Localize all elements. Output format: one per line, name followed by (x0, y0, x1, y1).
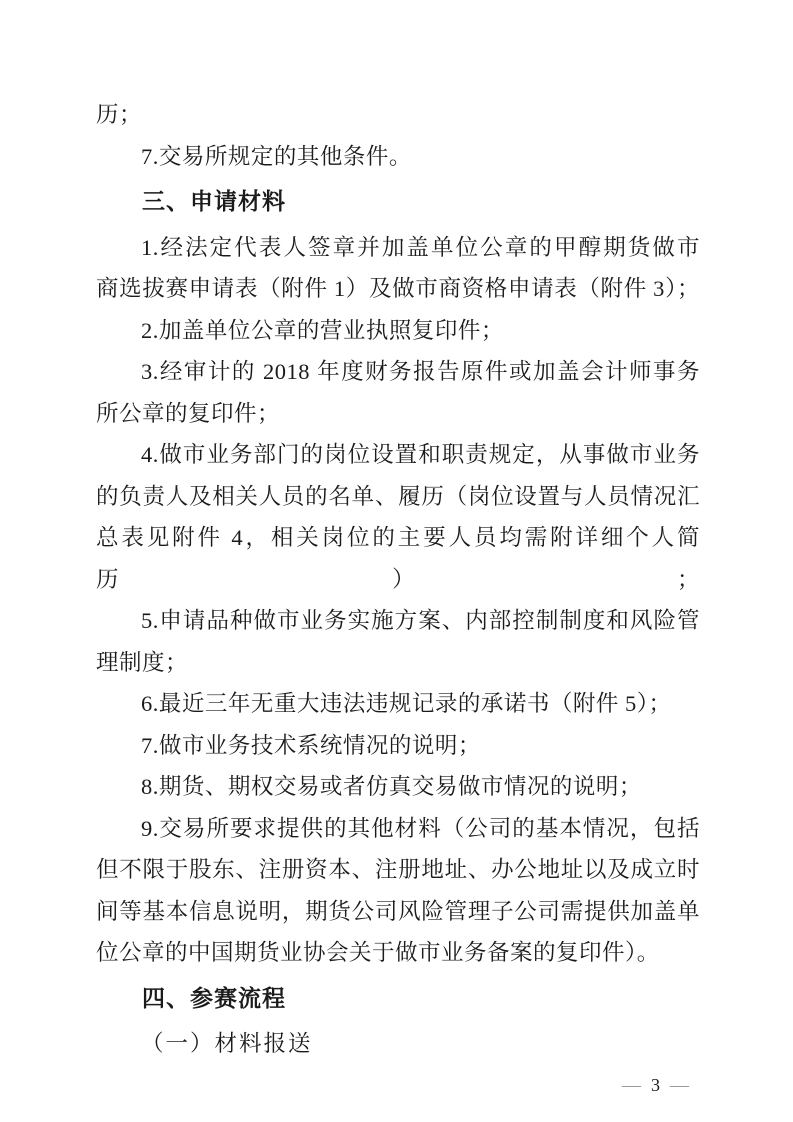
page-footer: —3— (96, 1073, 700, 1098)
text-line: 5.申请品种做市业务实施方案、内部控制制度和风险管 (96, 600, 700, 642)
text-line: 7.做市业务技术系统情况的说明； (96, 725, 700, 767)
text-line: 的负责人及相关人员的名单、履历（岗位设置与人员情况汇 (96, 476, 700, 518)
text-line: 9.交易所要求提供的其他材料（公司的基本情况，包括 (96, 808, 700, 850)
text-line: 历； (96, 94, 700, 136)
text-line: 6.最近三年无重大违法违规记录的承诺书（附件 5）； (96, 683, 700, 725)
text-line: 总表见附件 4，相关岗位的主要人员均需附详细个人简历）； (96, 517, 700, 600)
footer-dash-right: — (670, 1075, 690, 1096)
text-line: 7.交易所规定的其他条件。 (96, 136, 700, 178)
section-heading: 四、参赛流程 (96, 978, 700, 1020)
section-heading: 三、申请材料 (96, 181, 700, 223)
footer-dash-left: — (622, 1075, 642, 1096)
text-line: 理制度； (96, 642, 700, 684)
text-line: 间等基本信息说明，期货公司风险管理子公司需提供加盖单 (96, 891, 700, 933)
text-line: 3.经审计的 2018 年度财务报告原件或加盖会计师事务 (96, 351, 700, 393)
text-line: 位公章的中国期货业协会关于做市业务备案的复印件）。 (96, 932, 700, 974)
text-line: 4.做市业务部门的岗位设置和职责规定，从事做市业务 (96, 434, 700, 476)
document-page: 历；7.交易所规定的其他条件。三、申请材料1.经法定代表人签章并加盖单位公章的甲… (0, 0, 793, 1122)
text-line: 商选拔赛申请表（附件 1）及做市商资格申请表（附件 3）； (96, 268, 700, 310)
subsection-heading: （一）材料报送 (96, 1023, 700, 1065)
text-line: 8.期货、期权交易或者仿真交易做市情况的说明； (96, 766, 700, 808)
page-number: 3 (651, 1075, 661, 1095)
text-line: 但不限于股东、注册资本、注册地址、办公地址以及成立时 (96, 849, 700, 891)
text-line: 1.经法定代表人签章并加盖单位公章的甲醇期货做市 (96, 227, 700, 269)
document-body: 历；7.交易所规定的其他条件。三、申请材料1.经法定代表人签章并加盖单位公章的甲… (96, 94, 700, 1065)
text-line: 2.加盖单位公章的营业执照复印件； (96, 310, 700, 352)
text-line: 所公章的复印件； (96, 393, 700, 435)
